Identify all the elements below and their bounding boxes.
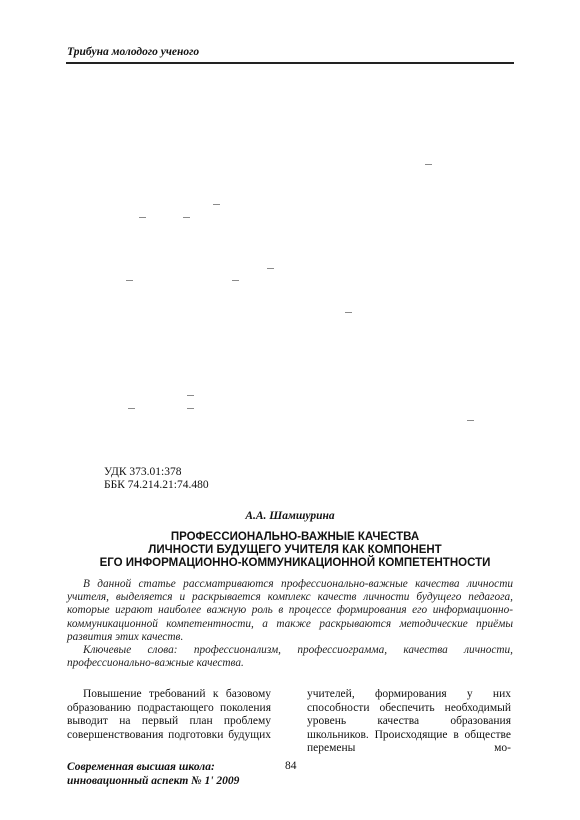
body-paragraph: Повышение требований к базовому образова… [67,688,271,742]
body-column-left: Повышение требований к базовому образова… [67,688,271,742]
journal-footer: Современная высшая школа: инновационный … [67,760,239,788]
stray-mark [232,280,239,281]
stray-mark [345,312,352,313]
stray-mark [467,420,474,421]
body-column-right: учителей, формирования у них способности… [307,688,511,756]
stray-mark [187,395,194,396]
stray-mark [126,280,133,281]
stray-mark [267,268,274,269]
title-line: ЛИЧНОСТИ БУДУЩЕГО УЧИТЕЛЯ КАК КОМПОНЕНТ [60,544,530,557]
stray-mark [213,204,220,205]
abstract-text: В данной статье рассматриваются професси… [67,578,513,644]
journal-name: Современная высшая школа: [67,760,239,774]
keywords-text: Ключевые слова: профессионализм, професс… [67,644,513,670]
header-rule [66,62,514,64]
udk-code: УДК 373.01:378 [104,466,209,479]
stray-mark [128,408,135,409]
abstract-block: В данной статье рассматриваются професси… [67,578,513,670]
stray-mark [183,217,190,218]
author-name: А.А. Шамшурина [0,510,580,522]
stray-mark [139,217,146,218]
classification-codes: УДК 373.01:378 ББК 74.214.21:74.480 [104,466,209,492]
bbk-code: ББК 74.214.21:74.480 [104,479,209,492]
journal-issue: инновационный аспект № 1' 2009 [67,774,239,788]
stray-mark [425,164,432,165]
body-paragraph: учителей, формирования у них способности… [307,688,511,756]
title-line: ЕГО ИНФОРМАЦИОННО-КОММУНИКАЦИОННОЙ КОМПЕ… [60,557,530,570]
stray-mark [187,408,194,409]
page-number: 84 [285,760,297,772]
article-title: ПРОФЕССИОНАЛЬНО-ВАЖНЫЕ КАЧЕСТВА ЛИЧНОСТИ… [60,531,530,570]
running-head: Трибуна молодого ученого [67,46,199,58]
title-line: ПРОФЕССИОНАЛЬНО-ВАЖНЫЕ КАЧЕСТВА [60,531,530,544]
